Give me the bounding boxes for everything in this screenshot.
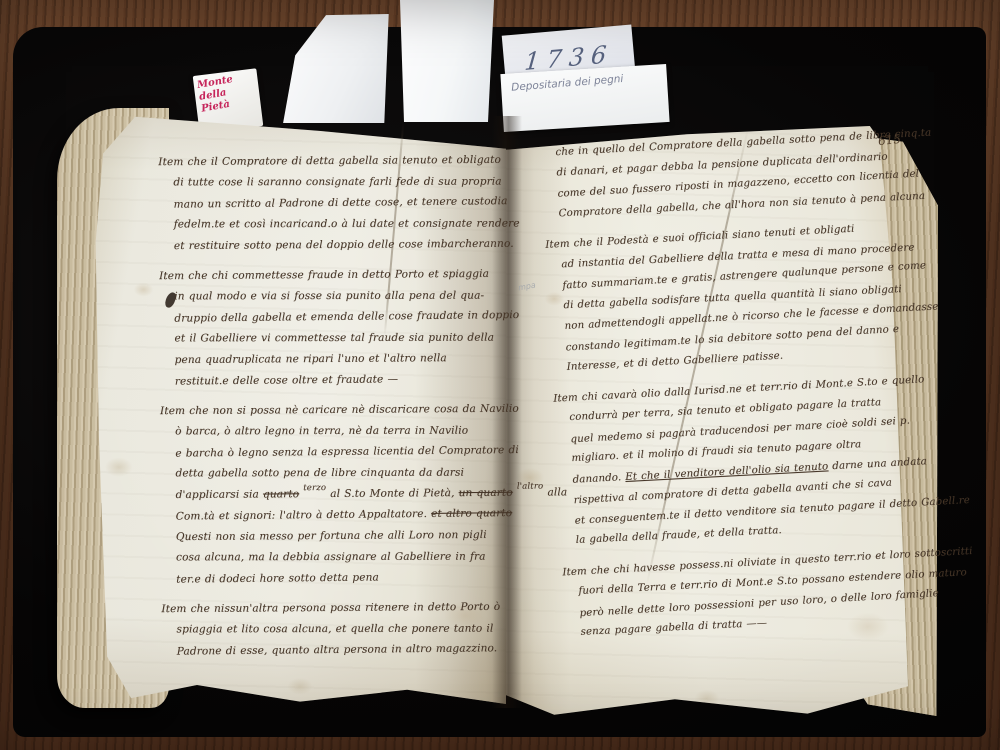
manuscript-line: druppio della gabella et emenda delle co… [159, 305, 493, 329]
manuscript-line: pena quadruplicata ne ripari l'uno et l'… [160, 348, 494, 371]
manuscript-line: fedelm.te et così incaricand.o à lui dat… [159, 214, 493, 236]
manuscript-paragraph: Item che il Podestà e suoi officiali sia… [545, 217, 908, 379]
manuscript-line: Com.tà et signori: l'altro à detto Appal… [161, 503, 495, 527]
manuscript-line: Padrone di esse, quanto altra persona in… [162, 638, 496, 662]
manuscript-line: di tutte cose li saranno consignate farl… [158, 172, 492, 194]
series-tab: Depositaria dei pegni [500, 64, 669, 132]
manuscript-paragraph: Item che il Compratore di detta gabella … [158, 150, 493, 257]
right-page-text: che in quello del Compratore della gabel… [540, 125, 922, 654]
manuscript-line: Item che chi commettesse fraude in detto… [159, 264, 493, 287]
manuscript-line: e barcha ò legno senza la espressa licen… [160, 440, 494, 464]
manuscript-line: d'applicarsi sia quarto terzo al S.to Mo… [161, 483, 495, 506]
manuscript-line: ò barca, ò altro legno in terra, nè da t… [160, 421, 494, 443]
manuscript-paragraph: Item che nissun'altra persona possa rite… [161, 597, 495, 662]
folio-number: 615 [877, 132, 901, 148]
manuscript-line: detta gabella sotto pena de libre cinqua… [160, 463, 494, 485]
left-page-text: Item che il Compratore di detta gabella … [158, 150, 496, 671]
manuscript-paragraph: che in quello del Compratore della gabel… [540, 125, 900, 226]
manuscript-line: et il Gabelliere vi commettesse tal frau… [159, 328, 493, 350]
manuscript-line: restituit.e delle cose oltre et fraudate… [160, 368, 494, 392]
manuscript-line: cosa alcuna, ma la debbia assignare al G… [161, 547, 495, 569]
manuscript-line: in qual modo e via si fosse sia punito a… [159, 286, 493, 308]
red-label-text: Monte della Pietà [196, 70, 258, 115]
manuscript-line: Item che il Compratore di detta gabella … [158, 150, 492, 173]
photo-of-open-manuscript: Monte della Pietà 1736 Depositaria dei p… [0, 0, 1000, 750]
manuscript-line: Item che nissun'altra persona possa rite… [161, 597, 495, 620]
manuscript-line: Questi non sia messo per fortuna che all… [161, 525, 495, 548]
manuscript-line: mano un scritto al Padrone di dette cose… [158, 191, 492, 215]
manuscript-line: et restituire sotto pena del doppio dell… [159, 234, 493, 257]
manuscript-paragraph: Item che chi commettesse fraude in detto… [159, 264, 494, 392]
paper-band [397, 0, 497, 122]
manuscript-paragraph: Item che chi havesse possess.ni oliviate… [562, 544, 922, 645]
manuscript-line: ter.e di dodeci hore sotto detta pena [161, 566, 495, 590]
manuscript-line: spiaggia et lito cosa alcuna, et quella … [162, 619, 496, 641]
manuscript-paragraph: Item chi cavarà olio dalla Iurisd.ne et … [553, 371, 917, 553]
manuscript-paragraph: Item che non si possa nè caricare nè dis… [160, 399, 495, 590]
manuscript-line: Item che non si possa nè caricare nè dis… [160, 399, 494, 422]
